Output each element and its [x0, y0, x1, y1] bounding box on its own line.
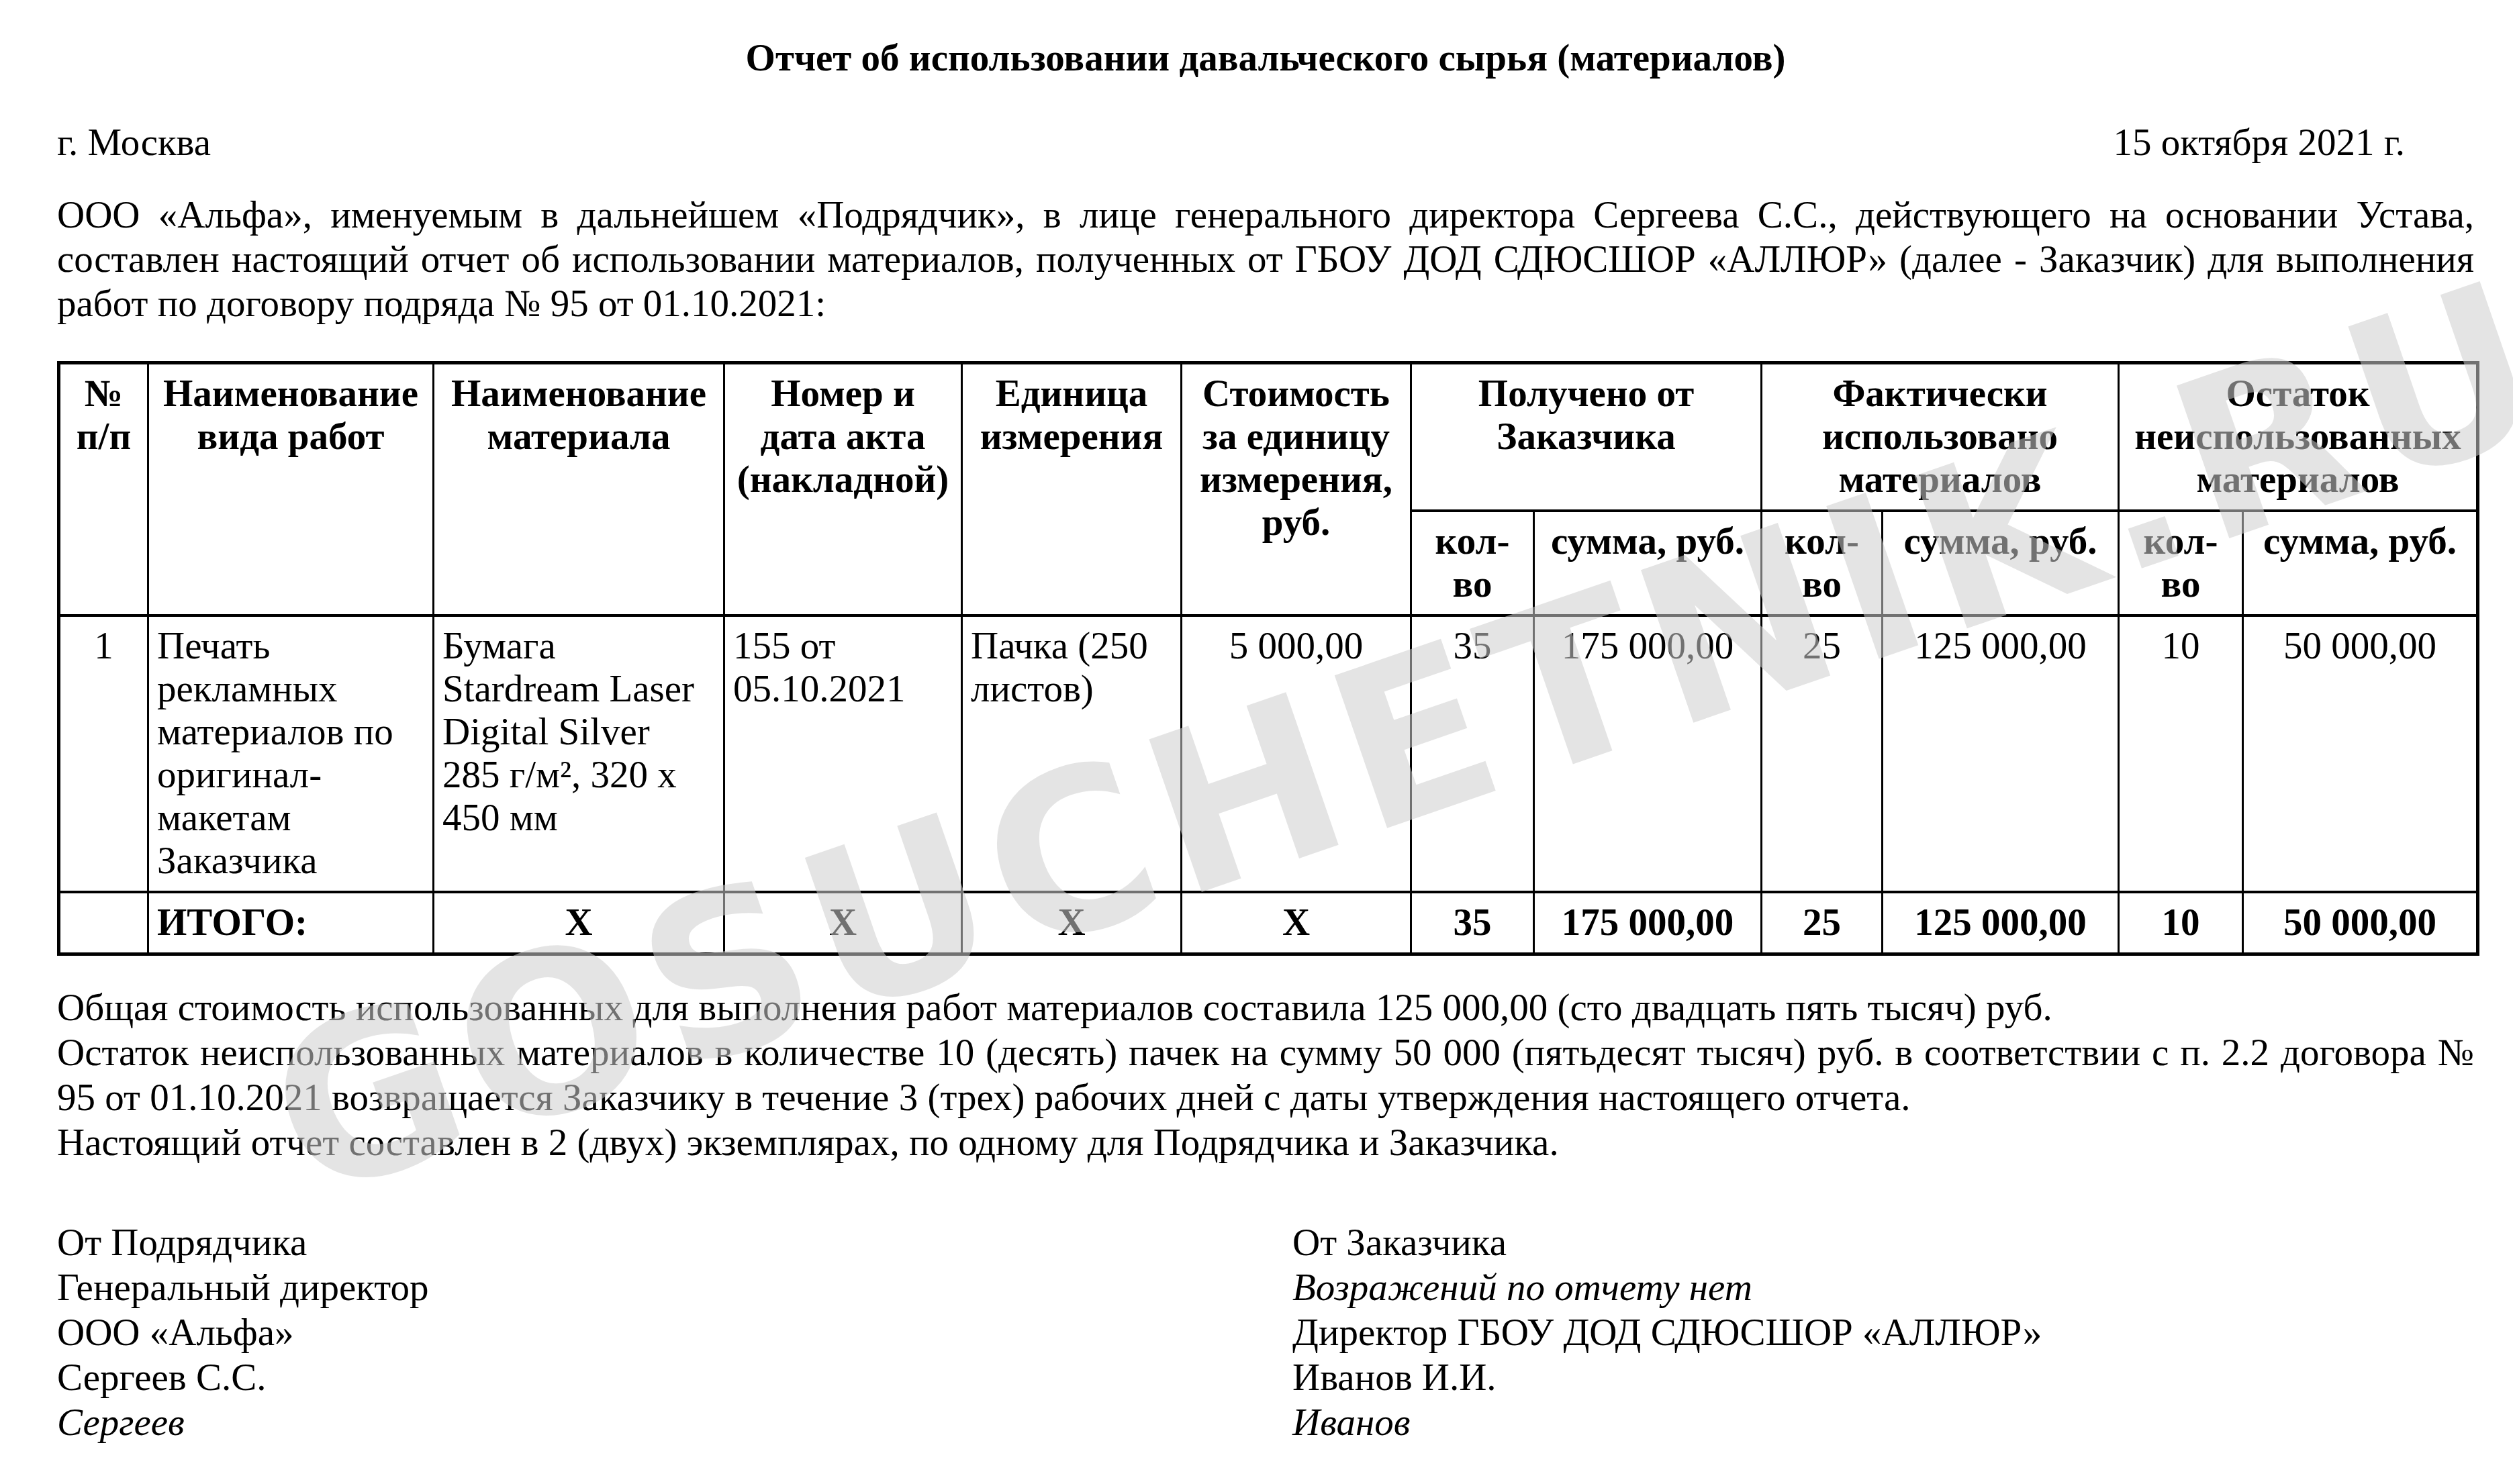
contractor-company: ООО «Альфа»	[57, 1310, 1292, 1355]
subheader-received-qty: кол-во	[1411, 511, 1534, 615]
table-header-row: № п/п Наименование вида работ Наименован…	[59, 363, 2478, 511]
total-used-sum: 125 000,00	[1883, 892, 2119, 954]
cell-work: Печать рекламных материалов по оригинал-…	[148, 615, 434, 892]
summary-total-cost: Общая стоимость использованных для выпол…	[57, 985, 2474, 1030]
total-x-price: Х	[1182, 892, 1411, 954]
signatures-section: От Подрядчика Генеральный директор ООО «…	[57, 1220, 2474, 1445]
total-label: ИТОГО:	[148, 892, 434, 954]
page-title: Отчет об использовании давальческого сыр…	[57, 35, 2474, 82]
customer-signature: Иванов	[1292, 1400, 2042, 1445]
materials-table: № п/п Наименование вида работ Наименован…	[57, 361, 2479, 956]
total-row: ИТОГО: Х Х Х Х 35 175 000,00 25 125 000,…	[59, 892, 2478, 954]
customer-signature-block: От Заказчика Возражений по отчету нет Ди…	[1292, 1220, 2042, 1445]
cell-remainder-qty: 10	[2119, 615, 2243, 892]
table-row: 1 Печать рекламных материалов по оригина…	[59, 615, 2478, 892]
subheader-used-sum: сумма, руб.	[1883, 511, 2119, 615]
subheader-received-sum: сумма, руб.	[1534, 511, 1762, 615]
subheader-remainder-qty: кол-во	[2119, 511, 2243, 615]
col-group-used: Фактически использовано материалов	[1762, 363, 2119, 511]
total-x-material: Х	[434, 892, 724, 954]
total-x-act: Х	[724, 892, 962, 954]
col-group-received: Получено от Заказчика	[1411, 363, 1762, 511]
cell-num: 1	[59, 615, 148, 892]
total-received-sum: 175 000,00	[1534, 892, 1762, 954]
customer-name: Иванов И.И.	[1292, 1355, 2042, 1400]
contractor-signature: Сергеев	[57, 1400, 1292, 1445]
subheader-used-qty: кол-во	[1762, 511, 1883, 615]
summary-section: Общая стоимость использованных для выпол…	[57, 985, 2474, 1165]
summary-copies: Настоящий отчет составлен в 2 (двух) экз…	[57, 1120, 2474, 1165]
document-city: г. Москва	[57, 121, 211, 165]
col-header-material: Наименование материала	[434, 363, 724, 616]
summary-remainder-return: Остаток неиспользованных материалов в ко…	[57, 1030, 2474, 1120]
contractor-name: Сергеев С.С.	[57, 1355, 1292, 1400]
document-date: 15 октября 2021 г.	[2114, 121, 2475, 165]
total-x-unit: Х	[962, 892, 1182, 954]
subheader-remainder-sum: сумма, руб.	[2243, 511, 2478, 615]
contractor-signature-block: От Подрядчика Генеральный директор ООО «…	[57, 1220, 1292, 1445]
total-remainder-sum: 50 000,00	[2243, 892, 2478, 954]
contractor-heading: От Подрядчика	[57, 1220, 1292, 1265]
total-empty-cell	[59, 892, 148, 954]
total-used-qty: 25	[1762, 892, 1883, 954]
customer-heading: От Заказчика	[1292, 1220, 2042, 1265]
meta-row: г. Москва 15 октября 2021 г.	[57, 121, 2474, 165]
cell-received-qty: 35	[1411, 615, 1534, 892]
intro-paragraph: ООО «Альфа», именуемым в дальнейшем «Под…	[57, 193, 2474, 326]
customer-no-objections-note: Возражений по отчету нет	[1292, 1265, 2042, 1310]
cell-used-qty: 25	[1762, 615, 1883, 892]
customer-role: Директор ГБОУ ДОД СДЮСШОР «АЛЛЮР»	[1292, 1310, 2042, 1355]
col-header-work: Наименование вида работ	[148, 363, 434, 616]
col-header-num: № п/п	[59, 363, 148, 616]
cell-unit: Пачка (250 листов)	[962, 615, 1182, 892]
cell-used-sum: 125 000,00	[1883, 615, 2119, 892]
cell-received-sum: 175 000,00	[1534, 615, 1762, 892]
cell-material: Бумага Stardream Laser Digital Silver 28…	[434, 615, 724, 892]
cell-remainder-sum: 50 000,00	[2243, 615, 2478, 892]
cell-act: 155 от 05.10.2021	[724, 615, 962, 892]
col-header-price: Стоимость за единицу измерения, руб.	[1182, 363, 1411, 616]
col-group-remainder: Остаток неиспользованных материалов	[2119, 363, 2478, 511]
col-header-act: Номер и дата акта (накладной)	[724, 363, 962, 616]
col-header-unit: Единица измерения	[962, 363, 1182, 616]
contractor-role: Генеральный директор	[57, 1265, 1292, 1310]
total-received-qty: 35	[1411, 892, 1534, 954]
cell-price: 5 000,00	[1182, 615, 1411, 892]
document-page: GOSUCHETNIK.RU Отчет об использовании да…	[0, 0, 2513, 1484]
total-remainder-qty: 10	[2119, 892, 2243, 954]
